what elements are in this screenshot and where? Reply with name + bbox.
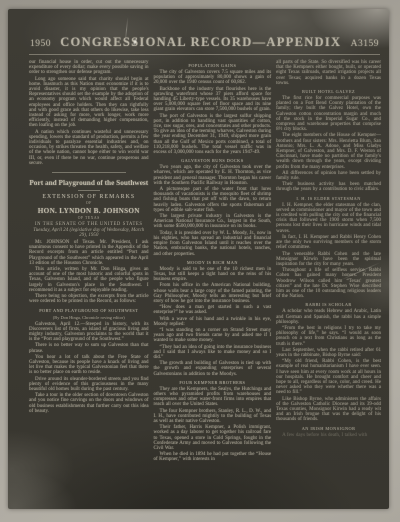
extension-of-remarks-heading: EXTENSION OF REMARKS (29, 194, 149, 200)
column-left: our financial house in order, cut out th… (29, 60, 149, 464)
paragraph: A scholar who reads Hebrew and Arabic, L… (276, 309, 381, 325)
section-heading: BUILT HOTEL GALVEZ (276, 89, 381, 94)
paragraph: There being no objection, the excerpts f… (29, 294, 149, 304)
paragraph: “I was standing on a corner on Strand St… (154, 328, 272, 344)
paragraph: I. H. Kempner, the elder statesman of th… (276, 203, 381, 234)
header-page-number: A3159 (351, 39, 379, 49)
paragraph: Two years ago, the city of Galveston too… (154, 165, 272, 186)
paragraph: The four Kempner brothers, Stanley, R. L… (154, 409, 272, 425)
section-heading: POPULATION GAINS (154, 63, 272, 68)
paragraph: The city of Galveston covers 7.5 square … (154, 70, 272, 86)
paragraph: From his office in the American National… (154, 283, 272, 304)
text-columns: our financial house in order, cut out th… (8, 55, 389, 464)
paragraph: The eight members of the House of Kempne… (276, 133, 381, 169)
section-heading: AN IRISH MONSIGNOR (276, 426, 381, 431)
page-title: CONGRESSIONAL RECORD—APPENDIX (51, 35, 351, 50)
paragraph: all parts of the State. So diversified w… (276, 60, 381, 86)
paragraph: Backbone of the industry that flourishes… (154, 87, 272, 113)
paragraph: Galveston, April 12.—Steeped in history,… (29, 322, 149, 343)
paragraph: Their business activity has been matched… (276, 182, 381, 192)
paragraph: All differences of opinion have been set… (276, 171, 381, 181)
paragraph: With a wave of his hand and a twinkle in… (154, 317, 272, 327)
paragraph: “From the best in religions I try to tak… (276, 326, 381, 347)
column-right: all parts of the State. So diversified w… (276, 60, 381, 464)
paragraph: A nation which continues wasteful and un… (29, 130, 149, 166)
record-page: 1950 CONGRESSIONAL RECORD—APPENDIX A3159… (8, 9, 389, 509)
paragraph: They are the Kempners, the Sealys, the H… (154, 387, 272, 408)
paragraph: A picturesque part of the water front th… (154, 187, 272, 213)
page-header: 1950 CONGRESSIONAL RECORD—APPENDIX A3159 (8, 9, 389, 52)
speaker-name: HON. LYNDON B. JOHNSON (29, 207, 149, 215)
paragraph: The growth and building of Galveston is … (154, 361, 272, 377)
paragraph: “My old friend, Rabbi Cohen, is the best… (276, 359, 381, 395)
of-texas-line: OF TEXAS (29, 216, 149, 220)
photograph-of-record-page: { "colors": { "page-bg": "#3e3c35", "tex… (0, 0, 400, 522)
paragraph: Their father, Harris Kempner, a Polish i… (154, 425, 272, 451)
section-heading: I. H. IS ELDER STATESMAN (276, 196, 381, 201)
paragraph: A few days before his death, I talked wi… (276, 433, 381, 438)
divider-rule (52, 172, 126, 173)
date-line: Tuesday, April 24 (legislative day of We… (29, 228, 149, 238)
section-heading: MOODY IS RICH MAN (154, 260, 272, 265)
paragraph: Long ago someone said that charity shoul… (29, 77, 149, 129)
paragraph: “They had an idea of going into the insu… (154, 345, 272, 361)
paragraph: When he died in 1894 he had put together… (154, 452, 272, 462)
paragraph: “How does a man get started in such a va… (154, 305, 272, 315)
header-year: 1950 (30, 39, 51, 49)
paragraph: This article, written by Mr. Don Hinga, … (29, 267, 149, 293)
paragraph: Last September, when the rabbi retired a… (276, 348, 381, 358)
paragraph: The first rice for commercial purposes w… (276, 96, 381, 132)
paragraph: Moody is said to be one of the 10 riches… (154, 267, 272, 283)
paragraph: There is no better way to sum up Galvest… (29, 343, 149, 353)
article-title: Port and Playground of the Southwest (29, 178, 149, 187)
of-line: OF (29, 201, 149, 205)
paragraph: The venerable Rabbi Cohen and the late M… (276, 252, 381, 268)
column-middle: POPULATION GAINSThe city of Galveston co… (154, 60, 272, 464)
section-heading: PORT AND PLAYGROUND OF SOUTHWEST (29, 308, 149, 313)
section-heading: RABBI IS SCHOLAR (276, 302, 381, 307)
section-heading: FOUR KEMPNER BROTHERS (154, 380, 272, 385)
paragraph: Drive around its oleander-bordered stree… (29, 377, 149, 393)
paragraph: In fact, I. H. Kempner and Rabbi Henry C… (276, 235, 381, 251)
paragraph: The port of Galveston is the largest sul… (154, 114, 272, 156)
photo-light-blotch (8, 469, 78, 509)
senate-line: IN THE SENATE OF THE UNITED STATES (29, 222, 149, 227)
paragraph: Mr. JOHNSON of Texas. Mr. President, I a… (29, 240, 149, 266)
paragraph: Take a tour in the older section of down… (29, 393, 149, 414)
divider-rule-short (78, 190, 100, 191)
byline: (By Don Hinga, Chronicle roving editor) (29, 315, 149, 320)
paragraph: Throughout a life of selfless service, R… (276, 268, 381, 299)
section-heading: GALVESTON RUNS DOCKS (154, 158, 272, 163)
paragraph: Like Bishop Byrne, who administers the a… (276, 397, 381, 423)
paragraph: Today, it is presided over by W. L. Mood… (154, 231, 272, 257)
paragraph: our financial house in order, cut out th… (29, 60, 149, 76)
paragraph: You hear a lot of talk about the Free St… (29, 355, 149, 376)
paragraph: The largest private industry in Galvesto… (154, 214, 272, 230)
